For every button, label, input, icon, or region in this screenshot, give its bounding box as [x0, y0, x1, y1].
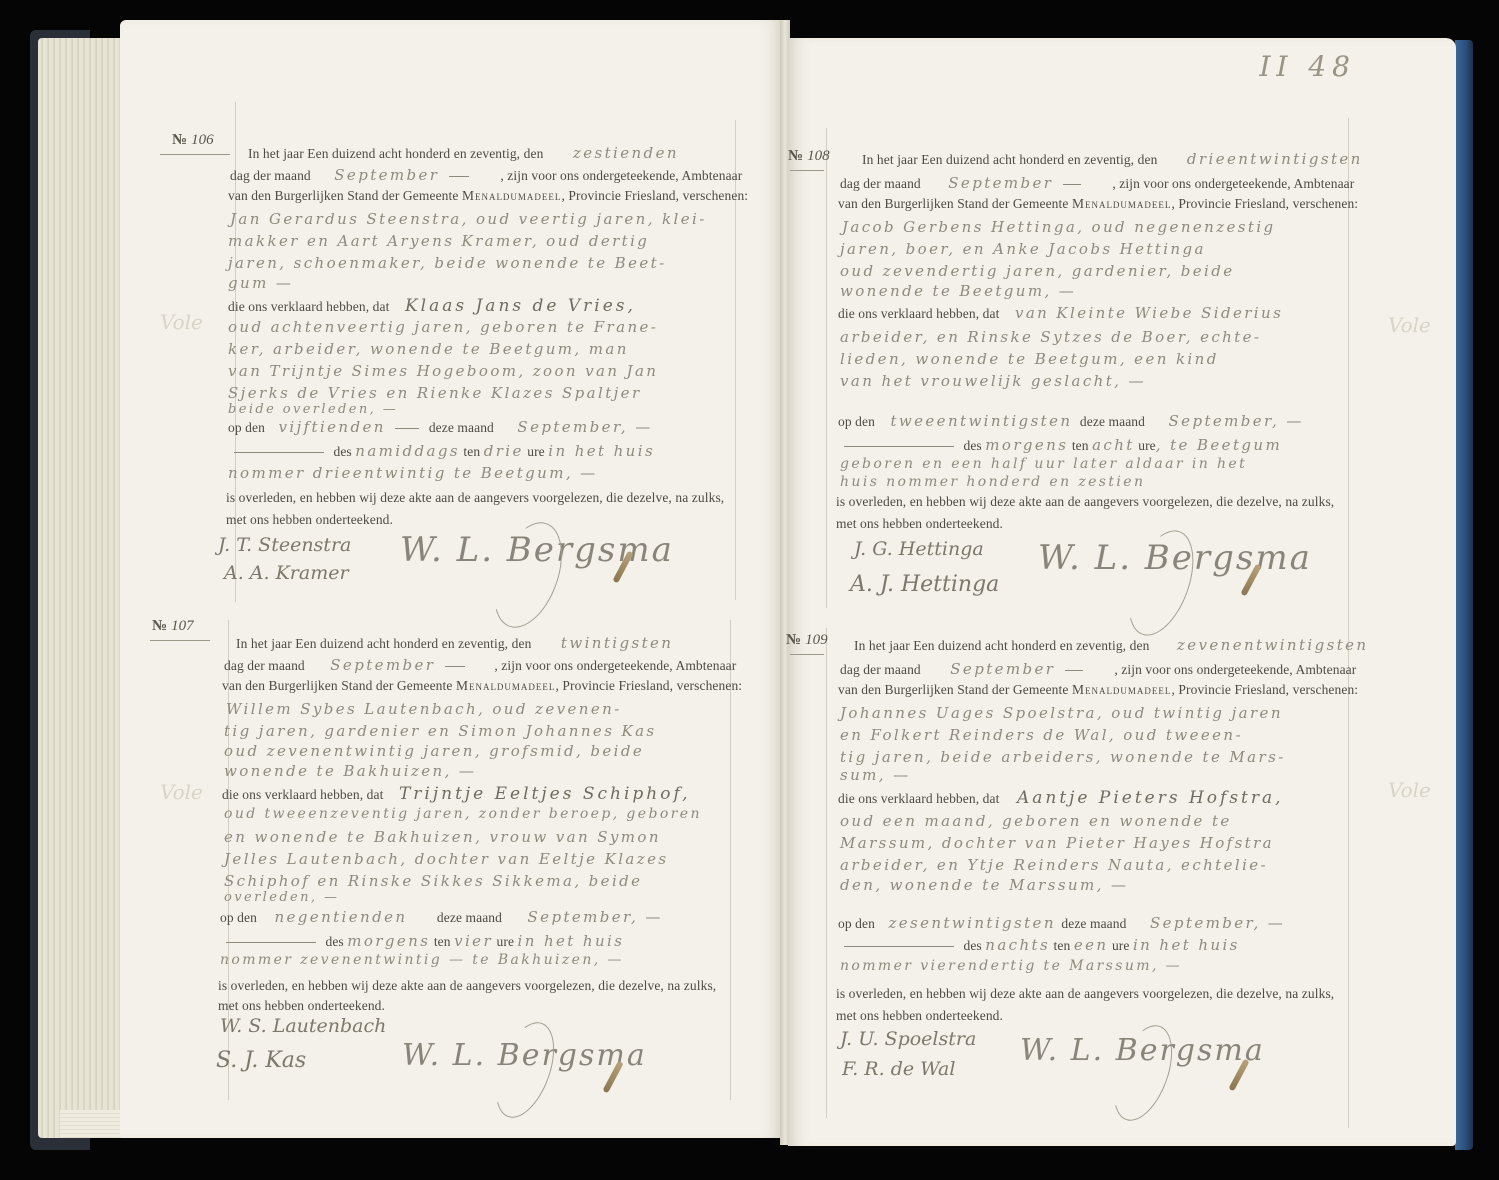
- column-rule: [1348, 638, 1349, 1128]
- declarants-line: oud zevendertig jaren, gardenier, beide: [840, 262, 1234, 280]
- witness-signature: A. A. Kramer: [224, 562, 349, 584]
- registration-day: zevenentwintigsten: [1177, 636, 1369, 654]
- deceased-line: Jelles Lautenbach, dochter van Eeltje Kl…: [224, 850, 668, 868]
- witness-signature: A. J. Hettinga: [850, 572, 999, 597]
- death-month: September, —: [517, 418, 652, 436]
- declarants-line: wonende te Beetgum, —: [840, 282, 1076, 300]
- death-place-line: nommer drieentwintig te Beetgum, —: [228, 464, 598, 482]
- number-underline: [160, 154, 230, 155]
- record-number: №108: [788, 148, 830, 165]
- registration-day: twintigsten: [561, 634, 673, 652]
- registration-day: drieentwintigsten: [1187, 150, 1363, 168]
- death-time-line: des morgens ten vier ure in het huis: [220, 932, 624, 950]
- declared-line: die ons verklaard hebben, dat Klaas Jans…: [228, 296, 636, 316]
- deceased-line: oud achtenveertig jaren, geboren te Fran…: [228, 318, 658, 336]
- deceased-line: ker, arbeider, wonende te Beetgum, man: [228, 340, 629, 358]
- time-of-day: morgens: [347, 932, 430, 950]
- record-line-3: van den Burgerlijken Stand der Gemeente …: [838, 196, 1358, 212]
- witness-signature: J. G. Hettinga: [854, 538, 984, 560]
- deceased-name: Aantje Pieters Hofstra,: [1017, 788, 1284, 808]
- declarants-line: tig jaren, beide arbeiders, wonende te M…: [840, 748, 1286, 766]
- death-day: zesentwintigsten: [888, 914, 1055, 932]
- death-month: September, —: [1150, 914, 1285, 932]
- margin-note: Vole: [1388, 313, 1431, 337]
- closing-line: is overleden, en hebben wij deze akte aa…: [836, 494, 1334, 510]
- declarants-line: Jan Gerardus Steenstra, oud veertig jare…: [230, 210, 707, 228]
- record-line-2: dag der maand September , zijn voor ons …: [230, 166, 742, 184]
- closing-line: met ons hebben onderteekend.: [836, 1008, 1003, 1024]
- declarants-line: tig jaren, gardenier en Simon Johannes K…: [224, 722, 657, 740]
- record-line-3: van den Burgerlijken Stand der Gemeente …: [222, 678, 742, 694]
- margin-note: Vole: [1388, 778, 1431, 802]
- deceased-name: Klaas Jans de Vries,: [405, 296, 636, 316]
- death-hour: acht: [1092, 436, 1135, 454]
- time-of-day: namiddags: [355, 442, 460, 460]
- death-day: negentienden: [274, 908, 407, 926]
- record-line-1: In het jaar Een duizend acht honderd en …: [236, 634, 673, 652]
- closing-line: is overleden, en hebben wij deze akte aa…: [218, 978, 716, 994]
- death-time-line: des nachts ten een ure in het huis: [838, 936, 1240, 954]
- record-line-1: In het jaar Een duizend acht honderd en …: [862, 150, 1363, 168]
- record-number: №107: [152, 618, 194, 635]
- closing-line: is overleden, en hebben wij deze akte aa…: [226, 490, 724, 506]
- record-line-3: van den Burgerlijken Stand der Gemeente …: [228, 188, 748, 204]
- death-month: September, —: [528, 908, 663, 926]
- death-hour: drie: [484, 442, 524, 460]
- witness-signature: J. T. Steenstra: [218, 534, 351, 556]
- margin-note: Vole: [160, 310, 203, 334]
- deceased-line: den, wonende te Marssum, —: [840, 876, 1128, 894]
- number-underline: [150, 640, 210, 641]
- record-line-1: In het jaar Een duizend acht honderd en …: [248, 144, 679, 162]
- book-cover-right: [1455, 40, 1473, 1150]
- deceased-line: oud een maand, geboren en wonende te: [840, 812, 1232, 830]
- record-line-3: van den Burgerlijken Stand der Gemeente …: [838, 682, 1358, 698]
- page-stack-left: [38, 38, 128, 1138]
- folio-number: II 48: [1259, 50, 1356, 83]
- deceased-line: Sjerks de Vries en Rienke Klazes Spaltje…: [228, 384, 642, 402]
- declared-line: die ons verklaard hebben, dat Trijntje E…: [222, 784, 691, 804]
- death-date-line: op den tweeentwintigsten deze maand Sept…: [838, 412, 1304, 430]
- deceased-line: oud tweeenzeventig jaren, zonder beroep,…: [224, 806, 702, 822]
- registration-month: September: [334, 166, 439, 184]
- death-hour: een: [1074, 936, 1109, 954]
- deceased-line: overleden, —: [224, 890, 339, 905]
- declarants-line: gum —: [228, 274, 293, 292]
- deceased-line: van Trijntje Simes Hogeboom, zoon van Ja…: [228, 362, 658, 380]
- deceased-line: arbeider, en Rinske Sytzes de Boer, echt…: [840, 328, 1261, 346]
- registration-month: September: [330, 656, 435, 674]
- death-place-line: nommer vierendertig te Marssum, —: [840, 958, 1182, 974]
- declarants-line: Johannes Uages Spoelstra, oud twintig ja…: [840, 704, 1283, 722]
- record-line-1: In het jaar Een duizend acht honderd en …: [854, 636, 1368, 654]
- witness-signature: W. S. Lautenbach: [220, 1015, 386, 1037]
- record-line-2: dag der maand September , zijn voor ons …: [224, 656, 736, 674]
- deceased-line: lieden, wonende te Beetgum, een kind: [840, 350, 1219, 368]
- record-line-2: dag der maand September , zijn voor ons …: [840, 660, 1356, 678]
- closing-line: met ons hebben onderteekend.: [218, 998, 385, 1014]
- time-of-day: morgens: [985, 436, 1068, 454]
- death-hour: vier: [454, 932, 493, 950]
- death-date-line: op den vijftienden deze maand September,…: [228, 418, 653, 436]
- death-place-line: nommer zevenentwintig — te Bakhuizen, —: [220, 952, 624, 968]
- death-place-line: huis nommer honderd en zestien: [840, 474, 1145, 490]
- registration-day: zestienden: [573, 144, 679, 162]
- declarants-line: Willem Sybes Lautenbach, oud zevenen-: [226, 700, 622, 718]
- deceased-line: arbeider, en Ytje Reinders Nauta, echtel…: [840, 856, 1268, 874]
- number-underline: [790, 654, 824, 655]
- witness-signature: J. U. Spoelstra: [840, 1028, 976, 1050]
- declarants-line: jaren, schoenmaker, beide wonende te Bee…: [228, 254, 667, 272]
- deceased-name: Trijntje Eeltjes Schiphof,: [399, 784, 691, 804]
- declarants-line: en Folkert Reinders de Wal, oud tweeen-: [840, 726, 1243, 744]
- closing-line: met ons hebben onderteekend.: [836, 516, 1003, 532]
- record-number: №106: [172, 132, 214, 149]
- column-rule: [826, 128, 827, 608]
- deceased-line: Marssum, dochter van Pieter Hayes Hofstr…: [840, 834, 1274, 852]
- closing-line: is overleden, en hebben wij deze akte aa…: [836, 986, 1334, 1002]
- declarants-line: jaren, boer, en Anke Jacobs Hettinga: [840, 240, 1206, 258]
- margin-note: Vole: [160, 780, 203, 804]
- death-date-line: op den zesentwintigsten deze maand Septe…: [838, 914, 1285, 932]
- registration-month: September: [950, 660, 1055, 678]
- witness-signature: F. R. de Wal: [842, 1058, 955, 1080]
- record-line-2: dag der maand September , zijn voor ons …: [840, 174, 1354, 192]
- closing-line: met ons hebben onderteekend.: [226, 512, 393, 528]
- death-month: September, —: [1169, 412, 1304, 430]
- death-time-line: des namiddags ten drie ure in het huis: [228, 442, 655, 460]
- declarants-line: sum, —: [840, 766, 911, 784]
- right-page: II 48 Vole Vole №108 In het jaar Een dui…: [788, 38, 1456, 1146]
- deceased-name: van Kleinte Wiebe Siderius: [1015, 304, 1283, 322]
- death-day: vijftienden: [278, 418, 385, 436]
- left-page: Vole Vole №106 In het jaar Een duizend a…: [120, 20, 782, 1138]
- deceased-line: Schiphof en Rinske Sikkes Sikkema, beide: [224, 872, 642, 890]
- declarants-line: makker en Aart Aryens Kramer, oud dertig: [228, 232, 649, 250]
- death-time-line: des morgens ten acht ure, te Beetgum: [838, 436, 1282, 454]
- death-place-line: geboren en een half uur later aldaar in …: [840, 456, 1247, 472]
- number-underline: [790, 170, 824, 171]
- death-day: tweeentwintigsten: [890, 412, 1072, 430]
- deceased-line: beide overleden, —: [228, 402, 398, 417]
- declarants-line: oud zevenentwintig jaren, grofsmid, beid…: [224, 742, 644, 760]
- death-date-line: op den negentienden deze maand September…: [220, 908, 663, 926]
- registration-month: September: [948, 174, 1053, 192]
- deceased-line: en wonende te Bakhuizen, vrouw van Symon: [224, 828, 661, 846]
- deceased-line: van het vrouwelijk geslacht, —: [840, 372, 1146, 390]
- time-of-day: nachts: [985, 936, 1050, 954]
- column-rule: [826, 628, 827, 1118]
- declarants-line: wonende te Bakhuizen, —: [224, 762, 476, 780]
- declarants-line: Jacob Gerbens Hettinga, oud negenenzesti…: [842, 218, 1276, 236]
- record-number: №109: [786, 632, 828, 649]
- witness-signature: S. J. Kas: [216, 1048, 306, 1073]
- declared-line: die ons verklaard hebben, dat Aantje Pie…: [838, 788, 1284, 808]
- declared-line: die ons verklaard hebben, dat van Kleint…: [838, 304, 1283, 322]
